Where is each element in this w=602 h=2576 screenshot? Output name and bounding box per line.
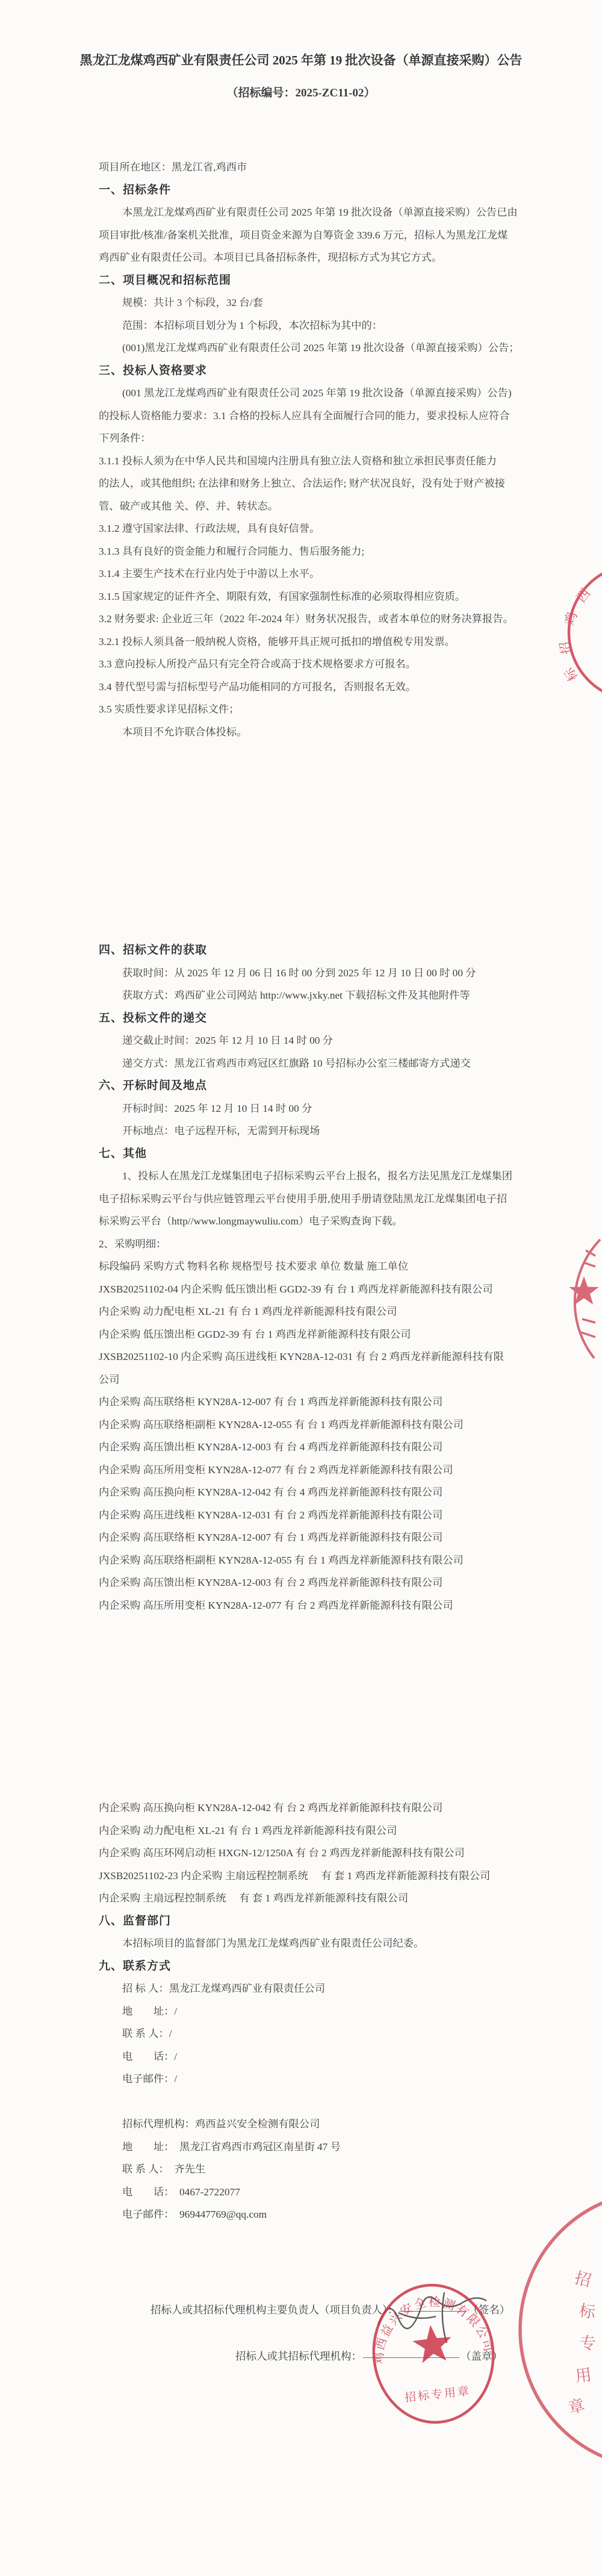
doc-line: 内企采购 动力配电柜 XL-21 有 台 1 鸡西龙祥新能源科技有限公司	[99, 1820, 526, 1842]
signature-blank-line	[399, 2310, 467, 2312]
signature-leader-line: 招标人或其招标代理机构主要负责人（项目负责人）：（签名）	[150, 2298, 510, 2321]
doc-line: 内企采购 高压馈出柜 KYN28A-12-003 有 台 4 鸡西龙祥新能源科技…	[99, 1436, 526, 1459]
doc-line: 递交截止时间：2025 年 12 月 10 日 14 时 00 分	[99, 1029, 526, 1052]
doc-line: 开标地点：电子远程开标，无需到开标现场	[99, 1120, 526, 1143]
section-block-documents-and-items: 四、招标文件的获取获取时间：从 2025 年 12 月 06 日 16 时 00…	[99, 939, 526, 1617]
doc-line: (001)黑龙江龙煤鸡西矿业有限责任公司 2025 年第 19 批次设备（单源直…	[99, 337, 526, 360]
doc-line: 内企采购 高压换向柜 KYN28A-12-042 有 台 2 鸡西龙祥新能源科技…	[99, 1797, 526, 1820]
partial-seal-stamp-top-right: 西 鸡 招 标	[554, 560, 602, 708]
doc-line: 内企采购 高压联络柜 KYN28A-12-007 有 台 1 鸡西龙祥新能源科技…	[99, 1391, 526, 1414]
doc-line: 电子招标采购云平台与供应链管理云平台使用手册,使用手册请登陆黑龙江龙煤集团电子招	[99, 1188, 526, 1211]
seal-char: 章	[566, 2396, 587, 2418]
doc-line: 本招标项目的监督部门为黑龙江龙煤鸡西矿业有限责任公司纪委。	[99, 1932, 526, 1955]
seal-char: 招	[557, 640, 574, 655]
doc-line: 联 系 人：/	[99, 2022, 526, 2045]
signature-org-suffix: （盖章）	[461, 2350, 503, 2362]
doc-line: 的投标人资格能力要求：3.1 合格的投标人应具有全面履行合同的能力，要求投标人应…	[99, 405, 526, 428]
doc-line: JXSB20251102-10 内企采购 高压进线柜 KYN28A-12-031…	[99, 1346, 526, 1368]
doc-line: 本黑龙江龙煤鸡西矿业有限责任公司 2025 年第 19 批次设备（单源直接采购）…	[99, 201, 526, 224]
doc-line: 项目所在地区：黑龙江省,鸡西市	[99, 156, 526, 179]
doc-line: 规模：共计 3 个标段，32 台/套	[99, 292, 526, 314]
doc-line: 标段编码 采购方式 物料名称 规格型号 技术要求 单位 数量 施工单位	[99, 1255, 526, 1278]
doc-line: 本项目不允许联合体投标。	[99, 721, 526, 744]
seal-char: 专	[580, 2334, 596, 2353]
doc-line: 3.3 意向投标人所投产品只有完全符合或高于技术规格要求方可报名。	[99, 653, 526, 676]
seal-char: 西	[573, 585, 593, 605]
partial-seal-stamp-bottom-right: 招 标 专 用 章	[509, 2192, 602, 2469]
doc-line: 2、采购明细：	[99, 1233, 526, 1256]
section-heading: 六、开标时间及地点	[99, 1074, 526, 1097]
doc-line: 3.1.3 具有良好的资金能力和履行合同能力、售后服务能力;	[99, 540, 526, 563]
section-heading: 八、监督部门	[99, 1910, 526, 1933]
seal-ring	[569, 565, 602, 700]
doc-line: 内企采购 高压进线柜 KYN28A-12-031 有 台 2 鸡西龙祥新能源科技…	[99, 1504, 526, 1527]
doc-line: 项目审批/核准/备案机关批准，项目资金来源为自筹资金 339.6 万元，招标人为…	[99, 224, 526, 247]
seal-char: 鸡	[562, 610, 580, 628]
seal-char: 用	[574, 2365, 593, 2385]
doc-line: 3.1.2 遵守国家法律、行政法规，具有良好信誉。	[99, 517, 526, 540]
doc-line: 内企采购 高压所用变柜 KYN28A-12-077 有 台 2 鸡西龙祥新能源科…	[99, 1594, 526, 1617]
doc-line: 内企采购 高压联络柜 KYN28A-12-007 有 台 1 鸡西龙祥新能源科技…	[99, 1526, 526, 1549]
tender-number: （招标编号：2025-ZC11-02）	[0, 82, 602, 105]
doc-line: 电 话：/	[99, 2045, 526, 2068]
doc-line: 范围：本招标项目划分为 1 个标段，本次招标为其中的：	[99, 314, 526, 337]
page-title: 黑龙江龙煤鸡西矿业有限责任公司 2025 年第 19 批次设备（单源直接采购）公…	[0, 49, 602, 72]
doc-line: 电子邮件： 969447769@qq.com	[99, 2203, 526, 2226]
doc-line: 内企采购 高压联络柜副柜 KYN28A-12-055 有 台 1 鸡西龙祥新能源…	[99, 1549, 526, 1572]
doc-line: 地 址： 黑龙江省鸡西市鸡冠区南星街 47 号	[99, 2136, 526, 2159]
doc-line: 的法人，或其他组织; 在法律和财务上独立、合法运作; 财产状况良好，没有处于财产…	[99, 472, 526, 495]
seal-blank-line	[363, 2357, 459, 2358]
doc-line: 3.1.1 投标人须为在中华人民共和国境内注册具有独立法人资格和独立承担民事责任…	[99, 450, 526, 473]
doc-line: JXSB20251102-04 内企采购 低压馈出柜 GGD2-39 有 台 1…	[99, 1278, 526, 1301]
doc-line: 电 话： 0467-2722077	[99, 2181, 526, 2204]
doc-line: 下列条件：	[99, 427, 526, 450]
doc-line: 鸡西矿业有限责任公司。本项目已具备招标条件，现招标方式为其它方式。	[99, 246, 526, 269]
doc-line: 管、破产或其他 关、停、并、转状态。	[99, 495, 526, 518]
partial-seal-stamp-middle-right	[551, 1235, 602, 1367]
doc-line: 联 系 人： 齐先生	[99, 2158, 526, 2181]
doc-line: 内企采购 高压环网启动柜 HXGN-12/1250A 有 台 2 鸡西龙祥新能源…	[99, 1842, 526, 1865]
seal-label-text: 招标专用章	[404, 2384, 471, 2404]
doc-line: 3.2.1 投标人须具备一般纳税人资格，能够开具正规可抵扣的增值税专用发票。	[99, 631, 526, 653]
doc-line: JXSB20251102-23 内企采购 主扇远程控制系统 有 套 1 鸡西龙祥…	[99, 1865, 526, 1888]
section-heading: 二、项目概况和招标范围	[99, 269, 526, 292]
doc-line: 内企采购 高压换向柜 KYN28A-12-042 有 台 4 鸡西龙祥新能源科技…	[99, 1481, 526, 1504]
signature-org-label: 招标人或其招标代理机构：	[235, 2350, 362, 2362]
doc-line: 标采购云平台（http//www.longmaywuliu.com）电子采购查询…	[99, 1210, 526, 1233]
doc-line: 3.1.5 国家规定的证件齐全、期限有效，有国家强制性标准的必须取得相应资质。	[99, 585, 526, 608]
section-heading: 三、投标人资格要求	[99, 360, 526, 382]
doc-line: 电子邮件：/	[99, 2068, 526, 2091]
signature-leader-suffix: （签名）	[468, 2304, 510, 2316]
signature-org-line: 招标人或其招标代理机构：（盖章）	[235, 2345, 503, 2368]
doc-line: 递交方式：黑龙江省鸡西市鸡冠区红旗路 10 号招标办公室三楼邮寄方式递交	[99, 1052, 526, 1075]
doc-line: 公司	[99, 1368, 526, 1391]
section-heading: 一、招标条件	[99, 179, 526, 202]
section-block-agency-contact: 招标代理机构：鸡西益兴安全检测有限公司地 址： 黑龙江省鸡西市鸡冠区南星街 47…	[99, 2113, 526, 2226]
doc-line: 3.5 实质性要求详见招标文件；	[99, 698, 526, 721]
doc-line: 招 标 人：黑龙江龙煤鸡西矿业有限责任公司	[99, 1977, 526, 2000]
seal-char: 招	[573, 2269, 593, 2291]
doc-line: 地 址：/	[99, 2000, 526, 2023]
doc-line: 获取方式：鸡西矿业公司网站 http://www.jxky.net 下载招标文件…	[99, 984, 526, 1007]
section-heading: 七、其他	[99, 1143, 526, 1165]
doc-line: 获取时间：从 2025 年 12 月 06 日 16 时 00 分到 2025 …	[99, 962, 526, 985]
doc-line: 内企采购 高压联络柜副柜 KYN28A-12-055 有 台 1 鸡西龙祥新能源…	[99, 1414, 526, 1436]
signature-leader-label: 招标人或其招标代理机构主要负责人（项目负责人）：	[150, 2304, 398, 2316]
doc-line: 内企采购 主扇远程控制系统 有 套 1 鸡西龙祥新能源科技有限公司	[99, 1887, 526, 1910]
section-heading: 四、招标文件的获取	[99, 939, 526, 962]
doc-line: 内企采购 高压馈出柜 KYN28A-12-003 有 台 2 鸡西龙祥新能源科技…	[99, 1571, 526, 1594]
seal-ring	[575, 1240, 600, 1358]
seal-ring	[520, 2192, 602, 2468]
seal-char: 标	[578, 2301, 597, 2322]
seal-mark	[581, 1319, 595, 1337]
section-block-conditions: 项目所在地区：黑龙江省,鸡西市一、招标条件本黑龙江龙煤鸡西矿业有限责任公司 20…	[99, 156, 526, 743]
doc-line: 内企采购 高压所用变柜 KYN28A-12-077 有 台 2 鸡西龙祥新能源科…	[99, 1459, 526, 1482]
doc-line: 3.4 替代型号需与招标型号产品功能相同的方可报名，否则报名无效。	[99, 676, 526, 699]
doc-line: 内企采购 低压馈出柜 GGD2-39 有 台 1 鸡西龙祥新能源科技有限公司	[99, 1323, 526, 1346]
doc-line: 招标代理机构：鸡西益兴安全检测有限公司	[99, 2113, 526, 2136]
doc-line: 3.2 财务要求: 企业近三年（2022 年-2024 年）财务状况报告，或者本…	[99, 608, 526, 631]
doc-line: 3.1.4 主要生产技术在行业内处于中游以上水平。	[99, 563, 526, 585]
doc-line: 开标时间：2025 年 12 月 10 日 14 时 00 分	[99, 1097, 526, 1120]
seal-char: 标	[561, 665, 580, 684]
doc-line: (001 黑龙江龙煤鸡西矿业有限责任公司 2025 年第 19 批次设备（单源直…	[99, 382, 526, 405]
section-block-items-and-contacts: 内企采购 高压换向柜 KYN28A-12-042 有 台 2 鸡西龙祥新能源科技…	[99, 1797, 526, 2091]
section-heading: 五、投标文件的递交	[99, 1007, 526, 1030]
section-heading: 九、联系方式	[99, 1955, 526, 1978]
seal-mark	[583, 1250, 595, 1267]
star-icon	[569, 1276, 598, 1305]
document-page: 黑龙江龙煤鸡西矿业有限责任公司 2025 年第 19 批次设备（单源直接采购）公…	[0, 0, 602, 2576]
doc-line: 内企采购 动力配电柜 XL-21 有 台 1 鸡西龙祥新能源科技有限公司	[99, 1300, 526, 1323]
doc-line: 1、投标人在黑龙江龙煤集团电子招标采购云平台上报名，报名方法见黑龙江龙煤集团	[99, 1165, 526, 1188]
